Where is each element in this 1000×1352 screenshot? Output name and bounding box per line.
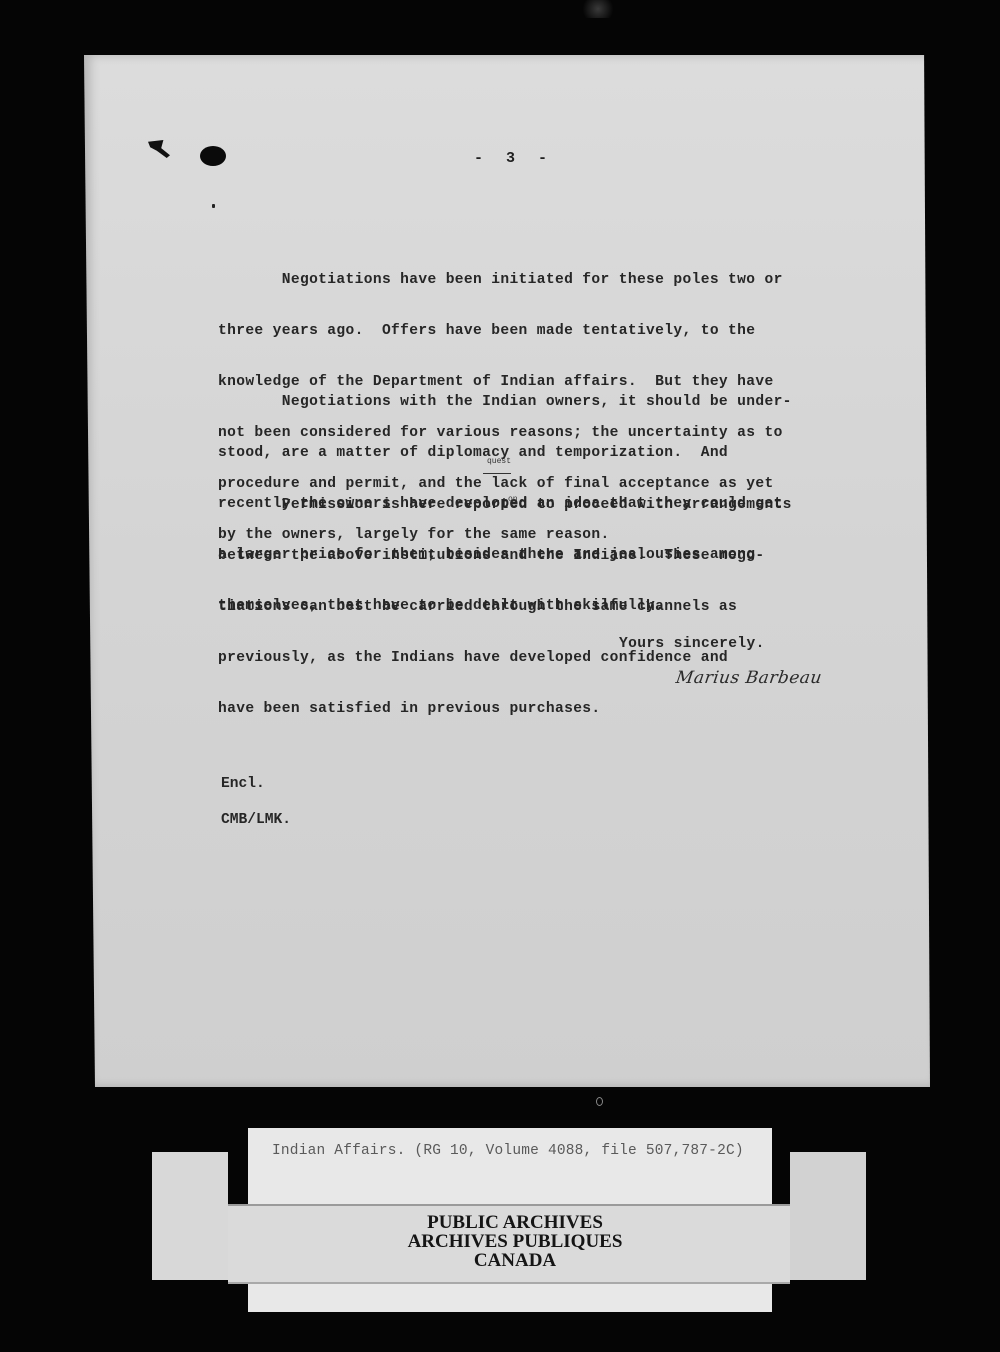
enclosure-note: Encl. [221, 776, 265, 792]
line: Negotiations have been initiated for the… [218, 272, 783, 289]
line: tiations can best be carried through the… [218, 599, 792, 616]
page-number: - 3 - [474, 150, 548, 167]
stamp-line: CANADA [370, 1251, 660, 1270]
archive-stamp: PUBLIC ARCHIVES ARCHIVES PUBLIQUES CANAD… [370, 1213, 660, 1270]
handwritten-correction: quest [487, 457, 511, 466]
typist-initials: CMB/LMK. [221, 812, 291, 828]
punch-hole [200, 146, 226, 166]
line: Permission is here reported to proceed w… [218, 497, 792, 514]
stamp-line: ARCHIVES PUBLIQUES [370, 1232, 660, 1251]
archive-citation: Indian Affairs. (RG 10, Volume 4088, fil… [272, 1143, 744, 1159]
film-artifact [596, 1097, 603, 1106]
line: previously, as the Indians have develope… [218, 650, 792, 667]
line: have been satisfied in previous purchase… [218, 701, 792, 718]
label-tab-left [152, 1152, 228, 1280]
ink-speck [212, 204, 215, 208]
closing: Yours sincerely. [619, 636, 765, 652]
line: Negotiations with the Indian owners, it … [218, 394, 792, 411]
film-artifact [578, 0, 618, 18]
handwritten-correction: on [508, 495, 518, 504]
signature: Marius Barbeau [675, 668, 824, 688]
line: three years ago. Offers have been made t… [218, 323, 783, 340]
paragraph-3: Permission is here reported to proceed w… [218, 463, 792, 735]
strikethrough [483, 473, 511, 474]
stamp-line: PUBLIC ARCHIVES [370, 1213, 660, 1232]
label-tab-right [790, 1152, 866, 1280]
line: between the above institutions and the I… [218, 548, 792, 565]
